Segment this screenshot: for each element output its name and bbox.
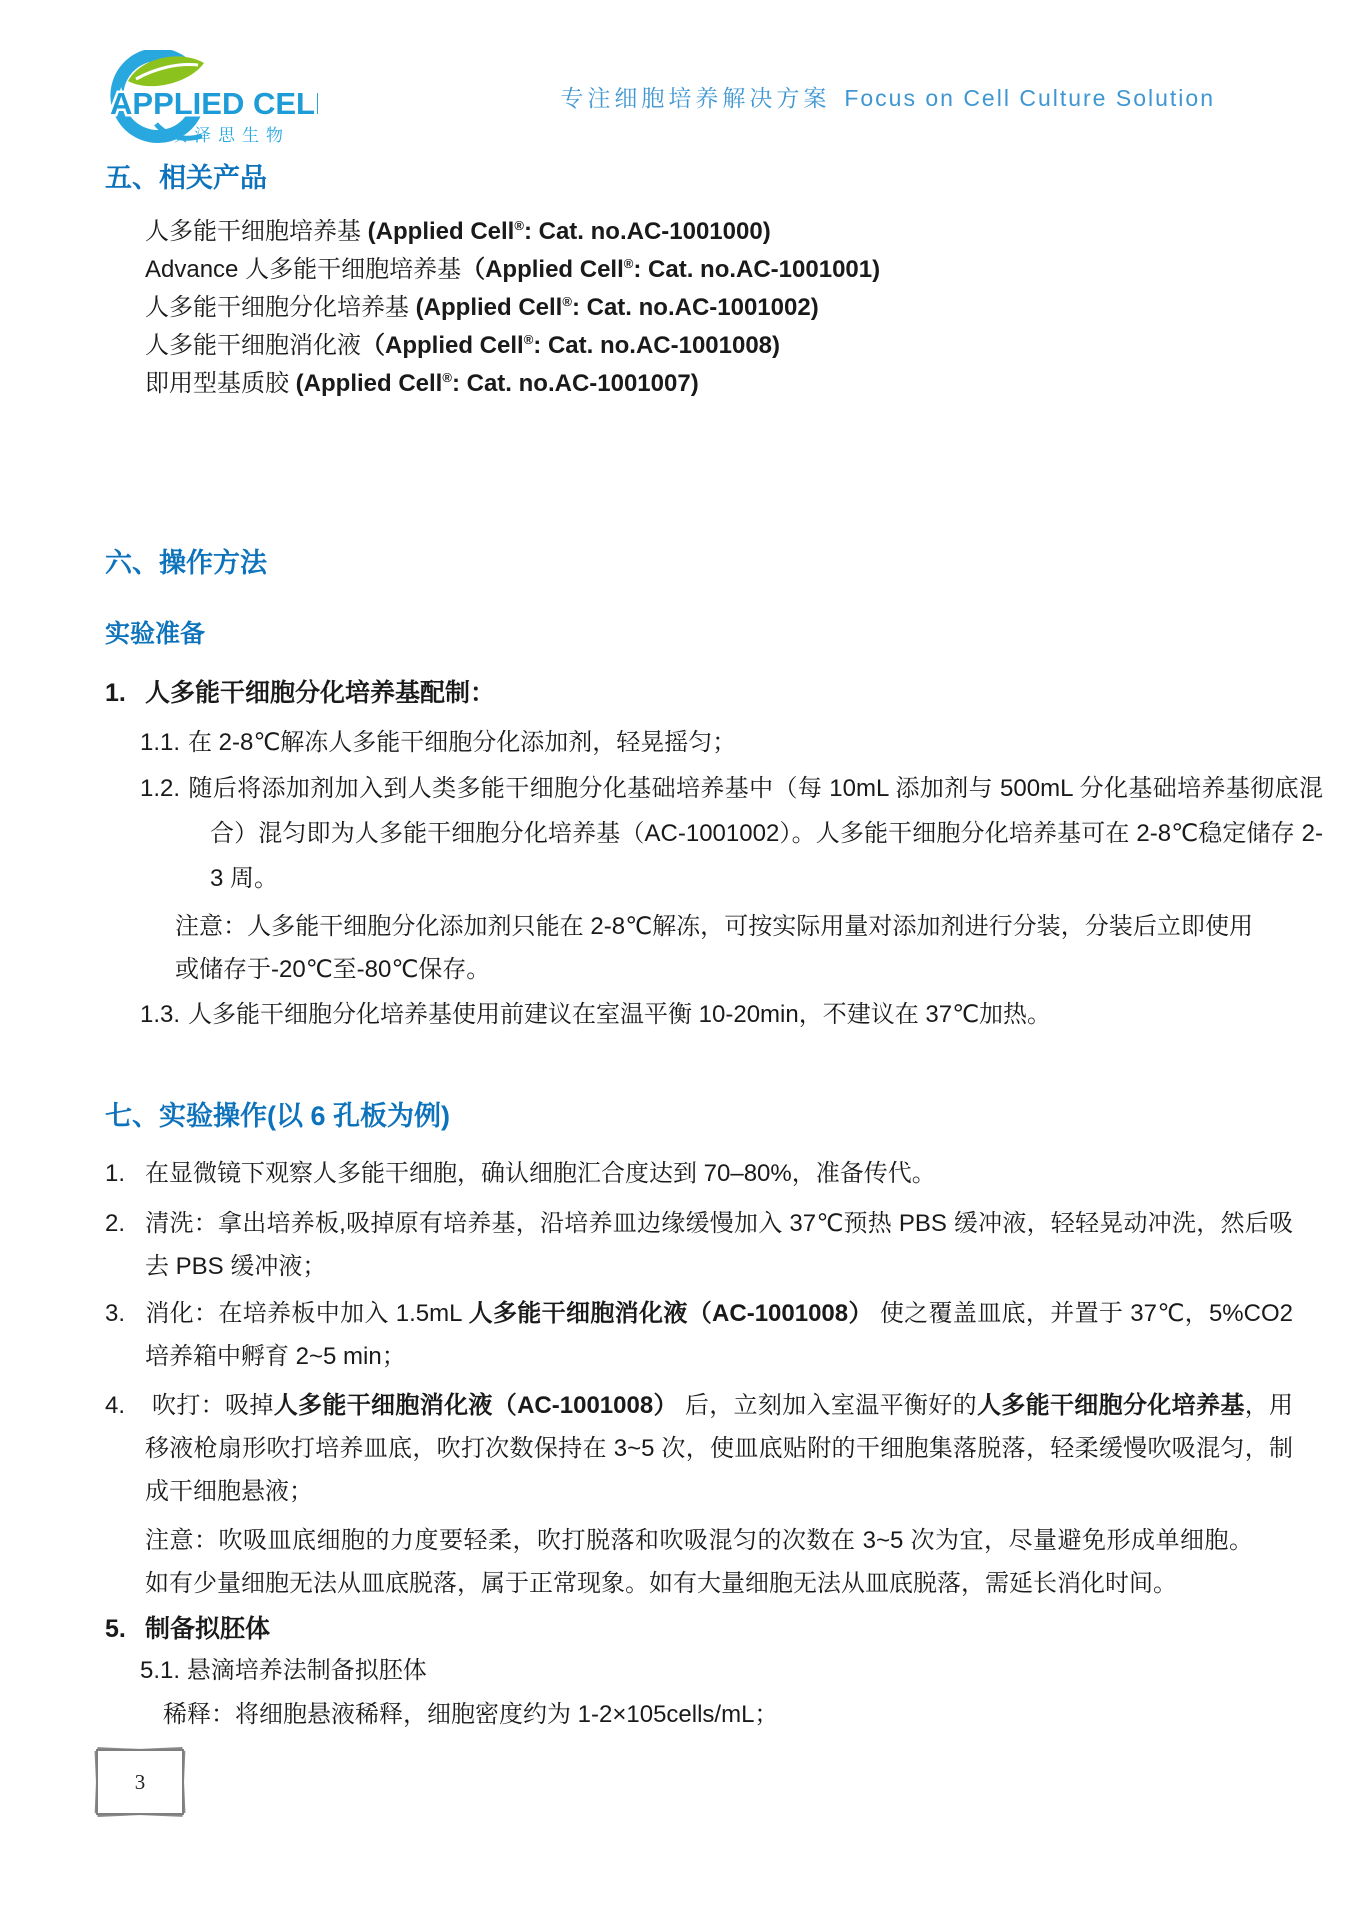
substep-number: 1.2. [140,766,188,811]
dilution-text: 稀释：将细胞悬液稀释，细胞密度约为 1-2×105cells/mL； [163,1694,778,1729]
registered-mark: ® [624,256,634,271]
registered-mark: ® [514,218,524,233]
product-line: 人多能干细胞消化液（Applied Cell®: Cat. no.AC-1001… [145,327,780,365]
section-title-method: 六、操作方法 [105,541,267,580]
step-1-heading: 1.人多能干细胞分化培养基配制： [105,673,495,709]
step-number: 2. [105,1202,145,1245]
applied-cell-logo: APPLIED CELL 埃泽思生物 [98,50,318,148]
brand-text: APPLIED CELL [110,86,318,121]
product-name: 人多能干细胞消化液 [145,332,361,359]
operation-step-5-heading: 5.制备拟胚体 [105,1609,270,1645]
step-text-bold: 人多能干细胞消化液（AC-1001008） [274,1392,678,1419]
substep-text: 人多能干细胞分化培养基使用前建议在室温平衡 10-20min，不建议在 37℃加… [188,1001,1051,1028]
product-line: Advance 人多能干细胞培养基（Applied Cell®: Cat. no… [145,251,880,289]
step-number: 1. [105,1152,145,1195]
step-text: 清洗：拿出培养板,吸掉原有培养基，沿培养皿边缘缓慢加入 37℃预热 PBS 缓冲… [145,1210,1293,1280]
operation-step-4: 4. 吹打：吸掉人多能干细胞消化液（AC-1001008） 后，立刻加入室温平衡… [105,1384,1293,1513]
product-name: 人多能干细胞培养基 [145,218,361,245]
step-number: 4. [105,1384,145,1427]
page-number-icon: 3 [93,1746,187,1818]
substep-text: 在 2-8℃解冻人多能干细胞分化添加剂，轻晃摇匀； [188,729,736,756]
step-text: 后，立刻加入室温平衡好的 [678,1392,977,1419]
operation-step-2: 2.清洗：拿出培养板,吸掉原有培养基，沿培养皿边缘缓慢加入 37℃预热 PBS … [105,1202,1293,1288]
logo-graphic: APPLIED CELL 埃泽思生物 [98,50,318,148]
operation-step-1: 1.在显微镜下观察人多能干细胞，确认细胞汇合度达到 70–80%，准备传代。 [105,1152,1293,1195]
step-text-bold: 养基 [1196,1392,1245,1419]
product-line: 人多能干细胞分化培养基 (Applied Cell®: Cat. no.AC-1… [145,289,819,327]
substep-text: 随后将添加剂加入到人类多能干细胞分化基础培养基中（每 10mL 添加剂与 500… [188,775,1323,892]
product-cat: : Cat. no.AC-1001007) [452,370,699,397]
section-title-operation: 七、实验操作(以 6 孔板为例) [105,1094,450,1133]
substep-1-2: 1.2.随后将添加剂加入到人类多能干细胞分化基础培养基中（每 10mL 添加剂与… [140,766,1323,901]
registered-mark: ® [562,294,572,309]
substep-1-1: 1.1.在 2-8℃解冻人多能干细胞分化添加剂，轻晃摇匀； [140,720,1323,765]
brand-subtext: 埃泽思生物 [170,126,290,145]
substep-1-2-note: 注意：人多能干细胞分化添加剂只能在 2-8℃解冻，可按实际用量对添加剂进行分装，… [175,905,1253,991]
step-text: 吹打：吸掉 [145,1392,274,1419]
product-name: 人多能干细胞分化培养基 [145,294,409,321]
page-number: 3 [96,1749,184,1815]
step-text: 消化：在培养板中加入 1.5mL [145,1300,469,1327]
step-text-bold: 人多能干细胞分化培 [977,1392,1196,1419]
registered-mark: ® [524,332,534,347]
substep-number: 1.1. [140,720,188,765]
product-cat: : Cat. no.AC-1001000) [524,218,771,245]
step-title: 制备拟胚体 [145,1615,270,1643]
step-text-bold: 人多能干细胞消化液（AC-1001008） [469,1300,873,1327]
product-line: 人多能干细胞培养基 (Applied Cell®: Cat. no.AC-100… [145,213,771,251]
product-line: 即用型基质胶 (Applied Cell®: Cat. no.AC-100100… [145,365,699,403]
product-name: Advance 人多能干细胞培养基 [145,256,461,283]
step-title: 人多能干细胞分化培养基配制： [145,679,495,707]
tagline-en: Focus on Cell Culture Solution [844,85,1215,111]
prep-heading: 实验准备 [105,614,205,650]
product-cat: : Cat. no.AC-1001008) [533,332,780,359]
substep-5-1: 5.1. 悬滴培养法制备拟胚体 [140,1650,427,1685]
substep-number: 1.3. [140,992,188,1037]
operation-step-3: 3.消化：在培养板中加入 1.5mL 人多能干细胞消化液（AC-1001008）… [105,1292,1293,1378]
step-number: 3. [105,1292,145,1335]
step-number: 5. [105,1615,145,1644]
product-cat: : Cat. no.AC-1001002) [572,294,819,321]
step-text: 在显微镜下观察人多能干细胞，确认细胞汇合度达到 70–80%，准备传代。 [145,1160,936,1187]
step-number: 1. [105,679,145,708]
product-cat: : Cat. no.AC-1001001) [633,256,880,283]
header-tagline: 专注细胞培养解决方案Focus on Cell Culture Solution [560,80,1215,113]
tagline-zh: 专注细胞培养解决方案 [560,85,830,111]
product-name: 即用型基质胶 [145,370,289,397]
registered-mark: ® [442,370,452,385]
section-title-products: 五、相关产品 [105,156,267,195]
operation-step-4-note: 注意：吹吸皿底细胞的力度要轻柔，吹打脱落和吹吸混匀的次数在 3~5 次为宜，尽量… [145,1519,1253,1605]
substep-1-3: 1.3.人多能干细胞分化培养基使用前建议在室温平衡 10-20min，不建议在 … [140,992,1323,1037]
